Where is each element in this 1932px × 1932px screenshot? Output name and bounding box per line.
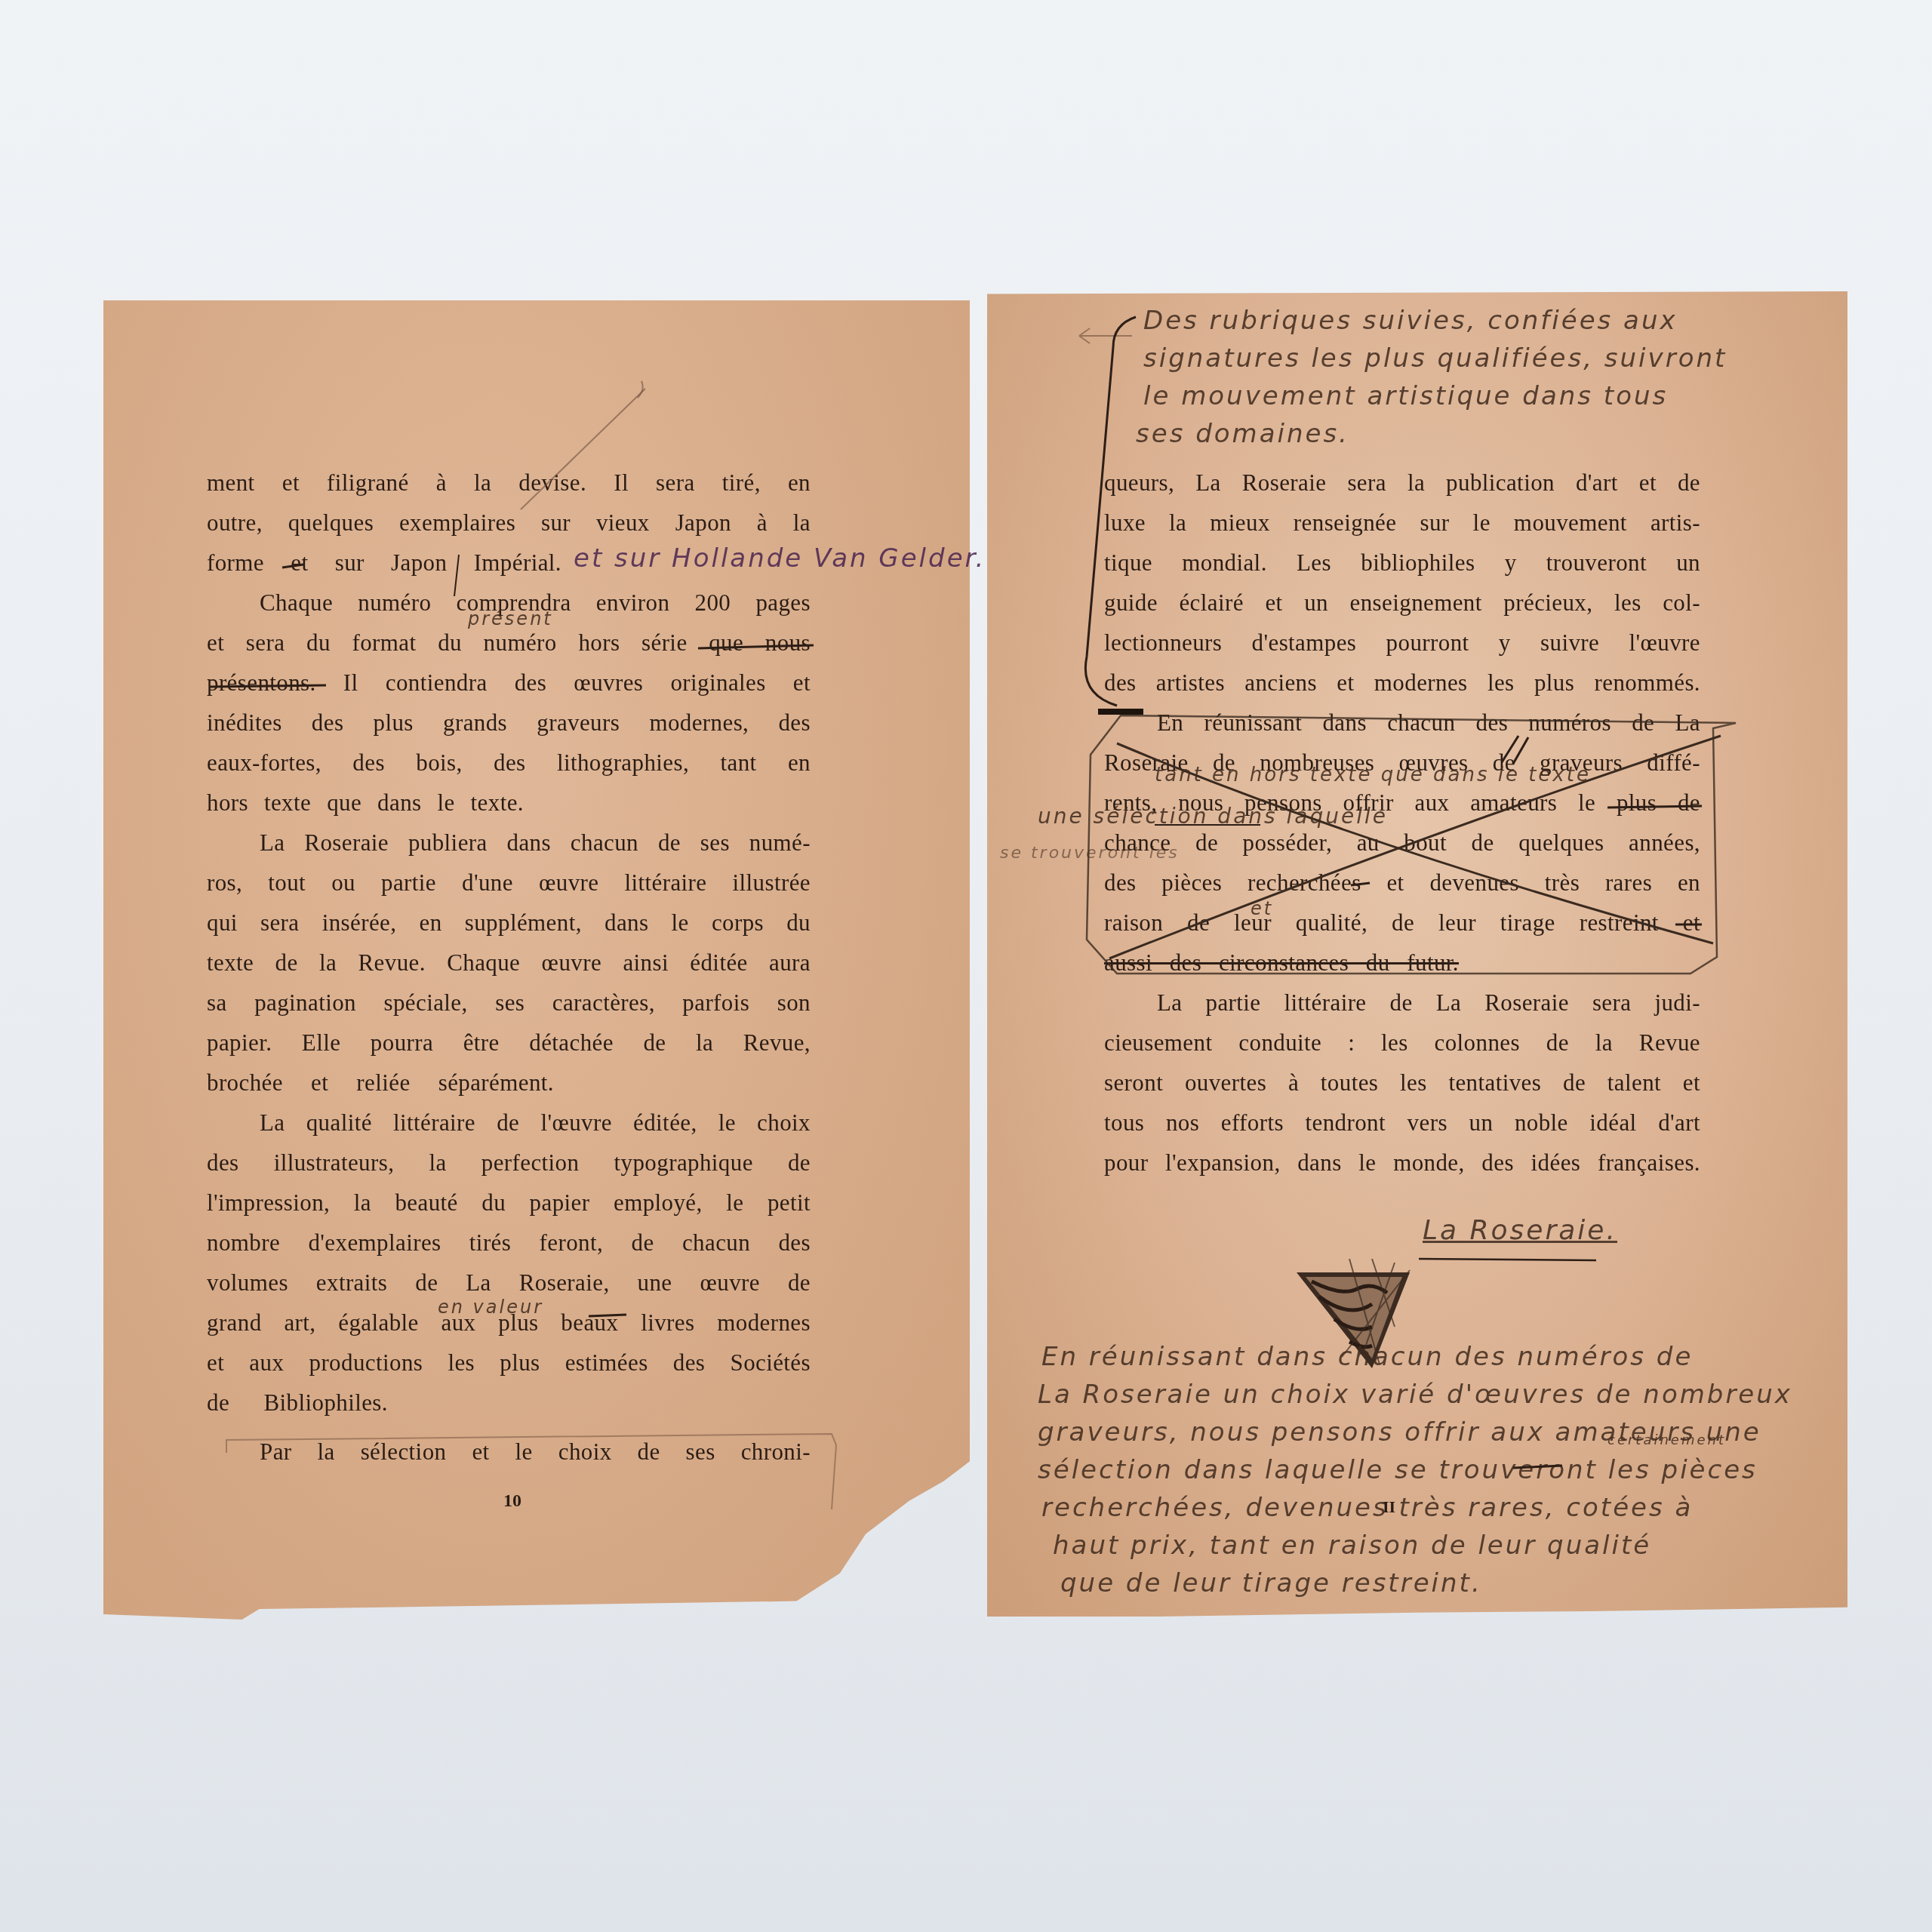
text-line: sa pagination spéciale, ses caractères, … — [207, 989, 811, 1017]
text-line: volumes extraits de La Roseraie, une œuv… — [207, 1269, 811, 1297]
annotation-top-line: signatures les plus qualifiées, suivront — [1143, 343, 1727, 374]
text-line: et aux productions les plus estimées des… — [207, 1349, 811, 1377]
text-line-struck: des pièces recherchées et devenues très … — [1104, 869, 1700, 897]
annotation-bottom-line: recherchées, devenues très rares, cotées… — [1041, 1493, 1693, 1523]
annotation-et: et — [1251, 898, 1273, 919]
text-line: hors texte que dans le texte. — [207, 789, 524, 817]
text-line-struck: raison de leur qualité, de leur tirage r… — [1104, 909, 1700, 937]
text-line: tous nos efforts tendront vers un noble … — [1104, 1109, 1700, 1137]
text-line: La Roseraie publiera dans chacun de ses … — [207, 829, 811, 857]
text-line: ment et filigrané à la devise. Il sera t… — [207, 469, 811, 497]
text-line: tique mondial. Les bibliophiles y trouve… — [1104, 549, 1700, 577]
text-line: seront ouvertes à toutes les tentatives … — [1104, 1069, 1700, 1097]
text-line: de Bibliophiles. — [207, 1389, 388, 1417]
annotation-bottom-line: La Roseraie un choix varié d'œuvres de n… — [1038, 1380, 1792, 1410]
text-line: et sera du format du numéro hors série q… — [207, 629, 811, 657]
text-line: queurs, La Roseraie sera la publication … — [1104, 469, 1700, 497]
annotation-present: présent — [468, 608, 553, 629]
annotation-bottom-line: sélection dans laquelle se trouveront le… — [1038, 1455, 1758, 1485]
text-line: ros, tout ou partie d'une œuvre littérai… — [207, 869, 811, 897]
text-line: papier. Elle pourra être détachée de la … — [207, 1029, 811, 1057]
text-line: texte de la Revue. Chaque œuvre ainsi éd… — [207, 949, 811, 977]
text-line: guide éclairé et un enseignement précieu… — [1104, 589, 1700, 617]
page-number-right: II — [1383, 1497, 1395, 1517]
text-line: l'impression, la beauté du papier employ… — [207, 1189, 811, 1217]
text-line: forme et sur Japon Impérial. — [207, 549, 561, 577]
text-line-struck: chance de posséder, au bout de quelques … — [1104, 829, 1700, 857]
text-line: eaux-fortes, des bois, des lithographies… — [207, 749, 811, 777]
annotation-hollande: et sur Hollande Van Gelder. — [574, 543, 986, 574]
text-line: Par la sélection et le choix de ses chro… — [207, 1438, 811, 1466]
text-line: qui sera insérée, en supplément, dans le… — [207, 909, 811, 937]
text-line: outre, quelques exemplaires sur vieux Ja… — [207, 509, 811, 537]
annotation-bottom-line: que de leur tirage restreint. — [1060, 1568, 1482, 1598]
text-line: La partie littéraire de La Roseraie sera… — [1104, 989, 1700, 1017]
annotation-tant-en: tant en hors texte que dans le texte — [1155, 764, 1591, 786]
annotation-insert-certainement: certainement — [1607, 1432, 1726, 1448]
text-line: présentons. Il contiendra des œuvres ori… — [207, 669, 811, 697]
annotation-top-line: le mouvement artistique dans tous — [1143, 381, 1668, 411]
annotation-une-selection: une sélection dans laquelle — [1038, 804, 1388, 829]
text-line-struck: aussi des circonstances du futur. — [1104, 949, 1459, 977]
page-number-left: 10 — [503, 1491, 521, 1512]
text-line: brochée et reliée séparément. — [207, 1069, 554, 1097]
text-line: cieusement conduite : les colonnes de la… — [1104, 1029, 1700, 1057]
text-line: des artistes anciens et modernes les plu… — [1104, 669, 1700, 697]
text-line: La qualité littéraire de l'œuvre éditée,… — [207, 1109, 811, 1137]
text-line: inédites des plus grands graveurs modern… — [207, 709, 811, 737]
signature: La Roseraie. — [1423, 1215, 1617, 1246]
annotation-top-line: Des rubriques suivies, confiées aux — [1143, 306, 1678, 336]
text-line: lectionneurs d'estampes pourront y suivr… — [1104, 629, 1700, 657]
text-line: luxe la mieux renseignée sur le mouvemen… — [1104, 509, 1700, 537]
text-line-struck: En réunissant dans chacun des numéros de… — [1104, 709, 1700, 737]
text-line: pour l'expansion, dans le monde, des idé… — [1104, 1149, 1700, 1177]
annotation-en-valeur: en valeur — [438, 1297, 543, 1318]
text-line: nombre d'exemplaires tirés feront, de ch… — [207, 1229, 811, 1257]
annotation-bottom-line: En réunissant dans chacun des numéros de — [1041, 1342, 1693, 1372]
annotation-top-line: ses domaines. — [1136, 419, 1349, 449]
annotation-se-trouveront: se trouveront les — [1000, 844, 1180, 863]
annotation-bottom-line: haut prix, tant en raison de leur qualit… — [1053, 1531, 1651, 1561]
text-line: des illustrateurs, la perfection typogra… — [207, 1149, 811, 1177]
